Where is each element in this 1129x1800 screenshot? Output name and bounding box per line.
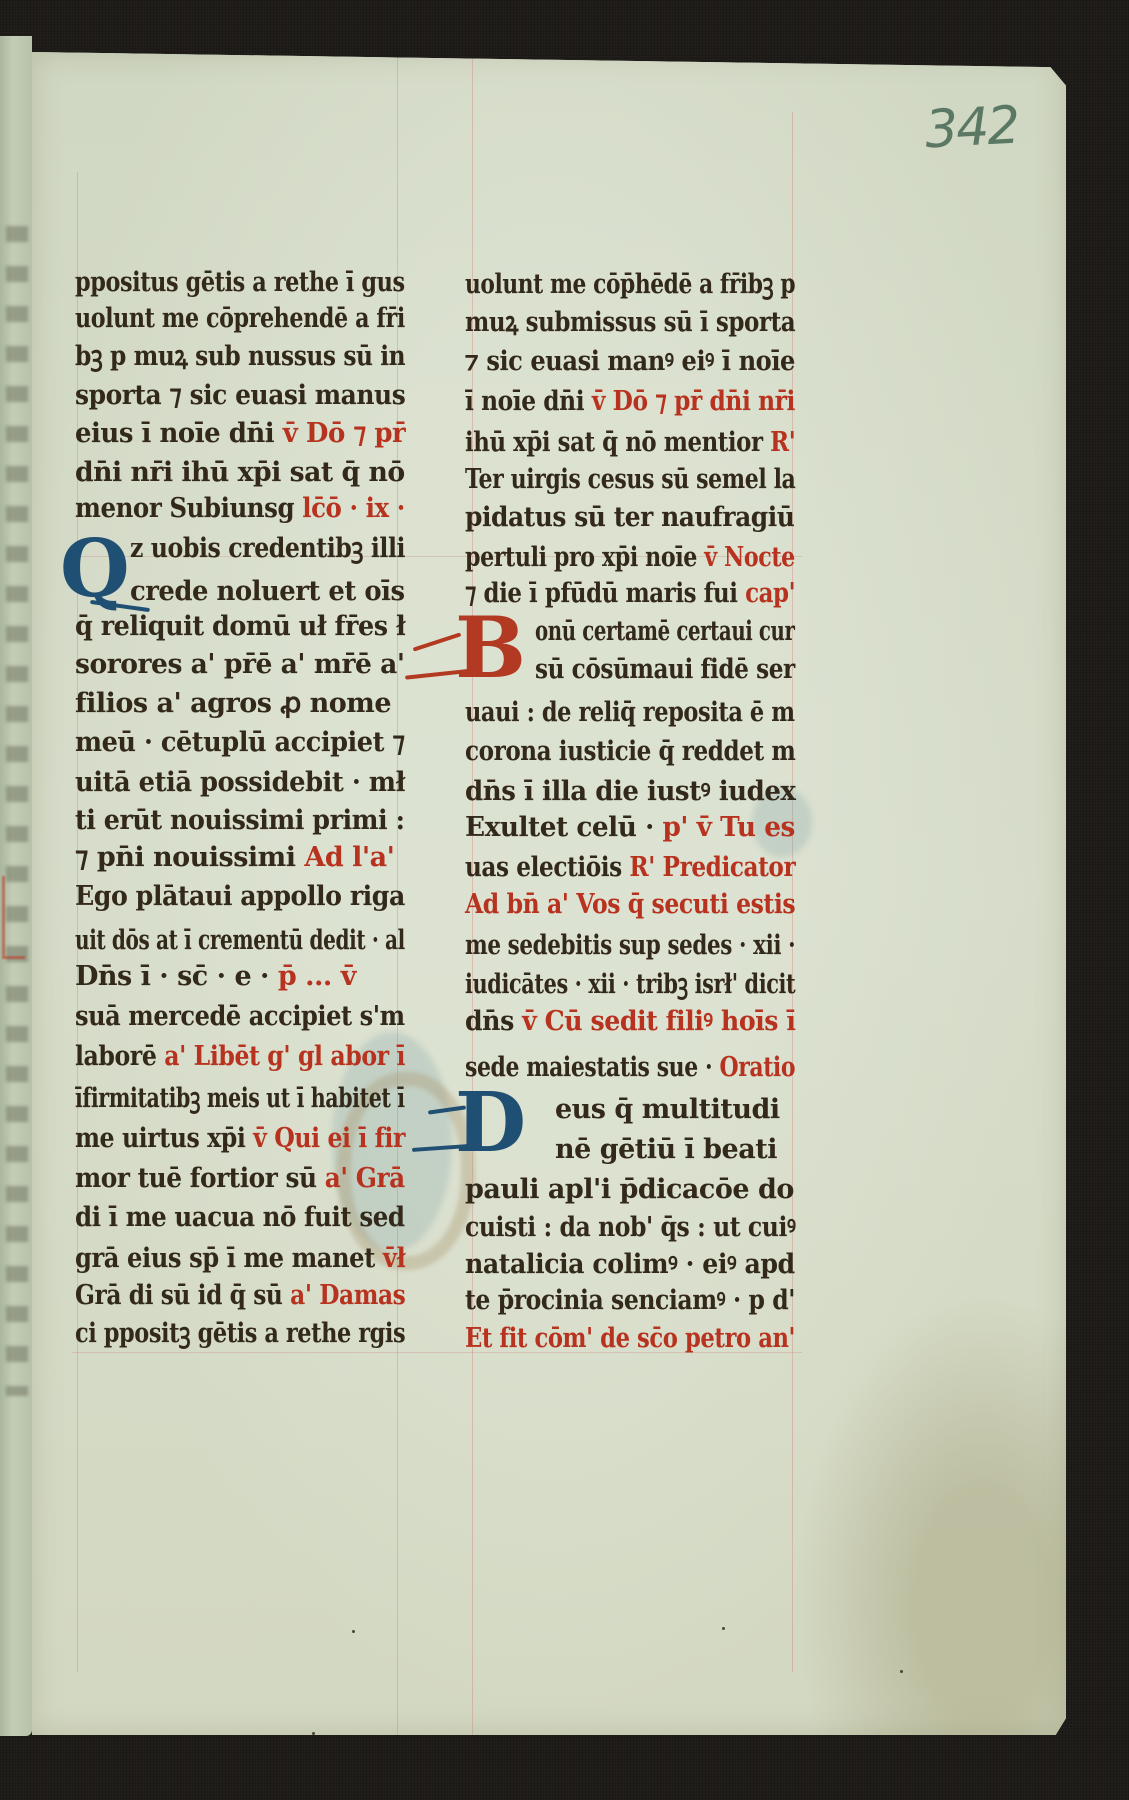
decorated-initial-q: Q <box>60 528 130 608</box>
text-line: filios a' agros ꝓ nome <box>75 689 391 719</box>
line-text: me uirtus xp̄i <box>75 1123 253 1154</box>
text-line: crede noluert et oīs <box>130 577 405 607</box>
rubric-text: a' Damas <box>290 1280 405 1311</box>
text-line: pauli apl'i p̄dicacōe do <box>465 1175 794 1205</box>
line-text: corona iusticie q̄ reddet m <box>465 736 795 767</box>
text-line: dn̄i nr̄i ihū xp̄i sat q̄ nō <box>75 458 405 488</box>
line-text: iudicātes · xii · tribꝫ isrł' dicit <box>465 969 795 1000</box>
line-text: Exultet celū · <box>465 812 662 843</box>
text-line: onū certamē certaui cur <box>535 617 795 647</box>
rubric-text: p' v̄ Tu es <box>662 812 794 843</box>
text-line: bꝫ p muꝝ sub nussus sū in <box>75 342 405 372</box>
line-text: uitā etiā possidebit · mł <box>75 767 405 798</box>
line-text: eius ī noīe dn̄i <box>75 418 283 449</box>
text-line: te p̄rocinia senciamꝰ · p d' <box>465 1286 795 1316</box>
rubric-text: v̄ Dō ⁊ pr̄ dn̄i nr̄i <box>592 386 795 417</box>
text-line: Et fit cōm' de sc̄o petro an' <box>465 1324 795 1354</box>
line-text: Ego plātaui appollo riga <box>75 881 405 912</box>
line-text: natalicia colimꝰ · eiꝰ apd <box>465 1249 795 1280</box>
line-text: muꝝ submissus sū ī sporta <box>465 307 795 338</box>
text-line: uas electiōis R' Predicator <box>465 853 795 883</box>
text-line: pertuli pro xp̄i noīe v̄ Nocte <box>465 543 795 573</box>
line-text: pertuli pro xp̄i noīe <box>465 542 704 573</box>
line-text: ī noīe dn̄i <box>465 386 592 417</box>
text-line: q̄ reliquit domū uł fr̄es ł <box>75 612 405 642</box>
text-line: Dn̄s ī · sc̄ · e · p̄ ... v̄ <box>75 962 356 992</box>
text-line: ī noīe dn̄i v̄ Dō ⁊ pr̄ dn̄i nr̄i <box>465 387 795 417</box>
text-line: ihū xp̄i sat q̄ nō mentior R' <box>465 428 795 458</box>
line-text: dn̄s <box>465 1006 522 1037</box>
line-text: īfirmitatibꝫ meis ut ī habitet ī <box>75 1083 405 1114</box>
text-line: me uirtus xp̄i v̄ Qui ei ī fir <box>75 1124 405 1154</box>
text-line: menor Subiunsg lc̄ō · ix · <box>75 494 405 524</box>
line-text: ci ppositꝫ gētis a rethe rgis <box>75 1318 405 1349</box>
line-text: uas electiōis <box>465 852 629 883</box>
text-line: suā mercedē accipiet s'm <box>75 1002 405 1032</box>
line-text: grā eius sp̄ ī me manet <box>75 1243 383 1274</box>
text-line: ppositus gētis a rethe ī gus <box>75 268 405 298</box>
text-line: Ad bn̄ a' Vos q̄ secuti estis <box>465 890 795 920</box>
text-line: Grā di sū id q̄ sū a' Damas <box>75 1281 405 1311</box>
rubric-text: p̄ ... v̄ <box>278 961 356 992</box>
text-line: grā eius sp̄ ī me manet v̄ł <box>75 1244 405 1274</box>
line-text: me sedebitis sup sedes · xii · <box>465 930 795 961</box>
text-line: muꝝ submissus sū ī sporta <box>465 308 795 338</box>
text-line: nē gētiū ī beati <box>555 1135 777 1165</box>
line-text: menor Subiunsg <box>75 493 302 524</box>
text-line: eus q̄ multitudi <box>555 1095 780 1125</box>
line-text: di ī me uacua nō fuit sed <box>75 1202 405 1233</box>
text-line: īfirmitatibꝫ meis ut ī habitet ī <box>75 1084 405 1114</box>
line-text: dn̄s ī illa die iustꝰ iudex <box>465 776 795 807</box>
decorated-initial-d: D <box>455 1082 526 1164</box>
text-line: ti erūt nouissimi primi : <box>75 806 404 836</box>
line-text: eus q̄ multitudi <box>555 1094 780 1125</box>
folio-number: 342 <box>923 96 1019 161</box>
text-line: Ego plātaui appollo riga <box>75 882 405 912</box>
line-text: crede noluert et oīs <box>130 576 405 607</box>
line-text: Ter uirgis cesus sū semel la <box>465 464 795 495</box>
text-line: uolunt me cōp̄hēdē a fr̄ibꝫ p <box>465 270 795 300</box>
line-text: uolunt me cōp̄hēdē a fr̄ibꝫ p <box>465 269 795 300</box>
line-text: sū cōsūmaui fidē ser <box>535 654 795 685</box>
line-text: uit dōs at ī crementū dedit · al <box>75 925 405 956</box>
text-line: meū · cētuplū accipiet ⁊ <box>75 728 405 758</box>
rubric-text: cap' <box>745 578 795 609</box>
rubric-text: v̄ł <box>383 1243 405 1274</box>
text-line: eius ī noīe dn̄i v̄ Dō ⁊ pr̄ <box>75 419 405 449</box>
line-text: bꝫ p muꝝ sub nussus sū in <box>75 341 405 372</box>
line-text: meū · cētuplū accipiet ⁊ <box>75 727 405 758</box>
line-text: z uobis credentibꝫ illi <box>130 533 405 564</box>
adjacent-leaf-edge <box>0 36 32 1736</box>
parchment-speck <box>722 1627 725 1630</box>
rubric-text: a' Grā <box>325 1163 405 1194</box>
line-text: sporta ⁊ sic euasi manus <box>75 380 405 411</box>
adjacent-leaf-ghost-text <box>6 226 28 1396</box>
rubric-text: v̄ Cū sedit filiꝰ hoīs ī <box>522 1006 795 1037</box>
line-text: sorores a' pr̄ē a' mr̄ē a' <box>75 649 405 680</box>
text-line: iudicātes · xii · tribꝫ isrł' dicit <box>465 970 795 1000</box>
rubric-text: Ad bn̄ a' Vos q̄ secuti estis <box>465 889 795 920</box>
line-text: te p̄rocinia senciamꝰ · p d' <box>465 1285 795 1316</box>
text-line: cuisti : da nob' q̄s : ut cuiꝰ <box>465 1213 796 1243</box>
rubric-text: v̄ Dō ⁊ pr̄ <box>283 418 406 449</box>
decorated-initial-b: B <box>455 606 526 690</box>
rubric-text: lc̄ō · ix · <box>302 493 405 524</box>
text-line: laborē a' Libēt g' gl abor ī <box>75 1042 405 1072</box>
parchment-speck <box>900 1670 903 1673</box>
text-line: uit dōs at ī crementū dedit · al <box>75 926 405 956</box>
rubric-text: Et fit cōm' de sc̄o petro an' <box>465 1323 795 1354</box>
line-text: uaui : de reliq̄ reposita ē m <box>465 697 795 728</box>
line-text: suā mercedē accipiet s'm <box>75 1001 405 1032</box>
text-line: corona iusticie q̄ reddet m <box>465 737 795 767</box>
text-line: uaui : de reliq̄ reposita ē m <box>465 698 795 728</box>
line-text: laborē <box>75 1041 164 1072</box>
text-line: pidatus sū ter naufragiū <box>465 503 794 533</box>
text-line: ⁊ pn̄i nouissimi Ad l'a' <box>75 843 394 873</box>
text-line: uolunt me cōprehendē a fr̄i <box>75 304 405 334</box>
line-text: Grā di sū id q̄ sū <box>75 1280 290 1311</box>
line-text: ⁊ pn̄i nouissimi <box>75 842 304 873</box>
line-text: pidatus sū ter naufragiū <box>465 502 794 533</box>
text-line: ⁊ sic euasi manꝰ eiꝰ ī noīe <box>465 347 795 377</box>
parchment-speck <box>352 1630 355 1633</box>
text-line: uitā etiā possidebit · mł <box>75 768 405 798</box>
line-text: filios a' agros ꝓ nome <box>75 688 391 719</box>
text-line: ci ppositꝫ gētis a rethe rgis <box>75 1319 405 1349</box>
text-line: sporta ⁊ sic euasi manus <box>75 381 405 411</box>
text-line: dn̄s v̄ Cū sedit filiꝰ hoīs ī <box>465 1007 796 1037</box>
rubric-text: Ad l'a' <box>304 842 394 873</box>
line-text: onū certamē certaui cur <box>535 616 795 647</box>
line-text: uolunt me cōprehendē a fr̄i <box>75 303 405 334</box>
line-text: dn̄i nr̄i ihū xp̄i sat q̄ nō <box>75 457 405 488</box>
rubric-text: R' <box>770 427 795 458</box>
rubric-text: R' Predicator <box>629 852 795 883</box>
text-line: Ter uirgis cesus sū semel la <box>465 465 795 495</box>
text-line: natalicia colimꝰ · eiꝰ apd <box>465 1250 795 1280</box>
line-text: ⁊ sic euasi manꝰ eiꝰ ī noīe <box>465 346 795 377</box>
rubric-text: v̄ Nocte <box>704 542 795 573</box>
text-line: sorores a' pr̄ē a' mr̄ē a' <box>75 650 405 680</box>
text-line: Exultet celū · p' v̄ Tu es <box>465 813 795 843</box>
rubric-text: v̄ Qui ei ī fir <box>253 1123 405 1154</box>
rubric-text: Oratio <box>720 1052 796 1083</box>
line-text: mor tuē fortior sū <box>75 1163 325 1194</box>
text-line: dn̄s ī illa die iustꝰ iudex <box>465 777 795 807</box>
text-line: di ī me uacua nō fuit sed <box>75 1203 405 1233</box>
line-text: ihū xp̄i sat q̄ nō mentior <box>465 427 770 458</box>
line-text: ti erūt nouissimi primi : <box>75 805 404 836</box>
line-text: Dn̄s ī · sc̄ · e · <box>75 961 278 992</box>
line-text: nē gētiū ī beati <box>555 1134 777 1165</box>
text-line: mor tuē fortior sū a' Grā <box>75 1164 405 1194</box>
line-text: ppositus gētis a rethe ī gus <box>75 267 405 298</box>
rubric-text: a' Libēt g' gl abor ī <box>164 1041 405 1072</box>
text-line: z uobis credentibꝫ illi <box>130 534 405 564</box>
line-text: q̄ reliquit domū uł fr̄es ł <box>75 611 405 642</box>
line-text: pauli apl'i p̄dicacōe do <box>465 1174 794 1205</box>
text-line: me sedebitis sup sedes · xii · <box>465 931 795 961</box>
text-line: sū cōsūmaui fidē ser <box>535 655 795 685</box>
line-text: cuisti : da nob' q̄s : ut cuiꝰ <box>465 1212 796 1243</box>
adjacent-leaf-red-mark <box>2 876 25 959</box>
parchment-speck <box>312 1732 315 1735</box>
